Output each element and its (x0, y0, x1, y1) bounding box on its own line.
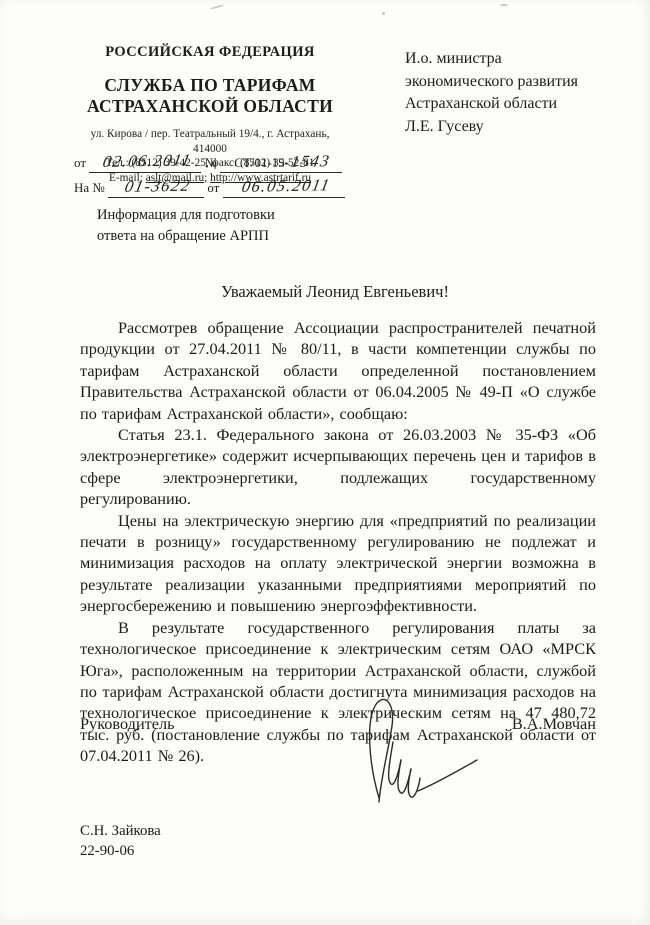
outgoing-no-field: СТ/01-15-1543 (220, 152, 342, 173)
internal-note-line: ответа на обращение АРПП (97, 226, 377, 247)
executor-name: С.Н. Зайкова (80, 822, 300, 842)
incoming-no-field: 01-3622 (108, 177, 204, 198)
body-paragraph: В результате государственного регулирова… (80, 617, 596, 767)
scan-artifact (210, 4, 224, 10)
outgoing-date-field: 02.06.2011 (89, 152, 201, 173)
body-paragraph: Цены на электрическую энергию для «предп… (80, 510, 596, 617)
signer-position: Руководитель (80, 714, 175, 734)
letterhead-org-line2: АСТРАХАНСКОЙ ОБЛАСТИ (87, 96, 333, 116)
incoming-no-handwritten: 01-3622 (123, 176, 193, 197)
incoming-no-label: На № (74, 180, 105, 195)
outgoing-date-label: от (74, 155, 86, 170)
addressee-line: И.о. министра (405, 48, 615, 71)
salutation: Уважаемый Леонид Евгеньевич! (0, 282, 650, 302)
body-paragraph: Рассмотрев обращение Ассоциации распрост… (80, 317, 596, 424)
addressee-line: Л.Е. Гусеву (405, 116, 615, 139)
addressee-line: Астраханской области (405, 93, 615, 116)
outgoing-no-label: № (205, 155, 217, 170)
outgoing-no-prefix: СТ/01-15- (234, 155, 289, 170)
outgoing-date-handwritten: 02.06.2011 (101, 150, 193, 172)
handwritten-signature (348, 692, 478, 804)
scan-artifact (382, 12, 385, 15)
incoming-ref-line: На № 01-3622 от 06.05.2011 (74, 177, 364, 198)
letterhead-organization: СЛУЖБА ПО ТАРИФАМ АСТРАХАНСКОЙ ОБЛАСТИ (84, 75, 336, 117)
scanned-letter-page: РОССИЙСКАЯ ФЕДЕРАЦИЯ СЛУЖБА ПО ТАРИФАМ А… (0, 0, 650, 925)
outgoing-no-handwritten: 1543 (289, 151, 332, 172)
addressee-block: И.о. министра экономического развития Ас… (405, 48, 615, 138)
letter-body: Рассмотрев обращение Ассоциации распрост… (80, 317, 596, 767)
signer-name: В.А.Мовчан (512, 714, 596, 734)
scan-artifact (500, 4, 508, 6)
body-paragraph: Статья 23.1. Федерального закона от 26.0… (80, 424, 596, 510)
internal-note: Информация для подготовки ответа на обра… (97, 205, 377, 246)
letterhead-address: ул. Кирова / пер. Театральный 19/4., г. … (91, 128, 330, 155)
letterhead-country: РОССИЙСКАЯ ФЕДЕРАЦИЯ (84, 44, 336, 61)
addressee-line: экономического развития (405, 71, 615, 94)
executor-phone: 22-90-06 (80, 842, 300, 862)
internal-note-line: Информация для подготовки (97, 205, 377, 226)
reference-block: от 02.06.2011 № СТ/01-15-1543 На № 01-36… (74, 152, 364, 202)
executor-block: С.Н. Зайкова 22-90-06 (80, 822, 300, 861)
letterhead-org-line1: СЛУЖБА ПО ТАРИФАМ (104, 75, 315, 95)
incoming-date-handwritten: 06.05.2011 (240, 175, 332, 197)
incoming-date-field: 06.05.2011 (223, 177, 345, 198)
incoming-date-label: от (207, 180, 219, 195)
outgoing-ref-line: от 02.06.2011 № СТ/01-15-1543 (74, 152, 364, 173)
